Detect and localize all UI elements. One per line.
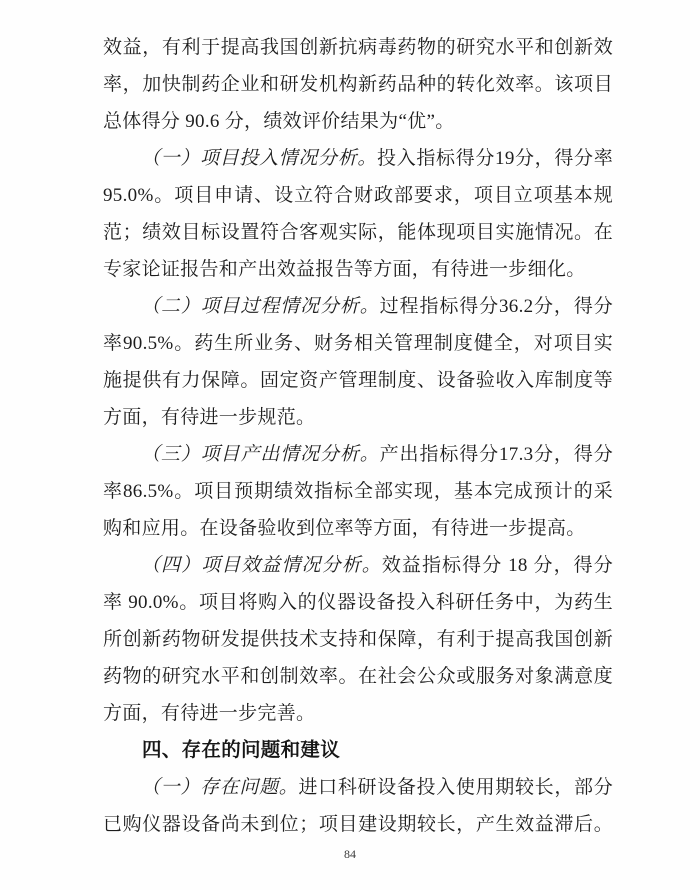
lead-phrase: （四）项目效益情况分析。 [141, 555, 382, 576]
para-process-analysis: （二）项目过程情况分析。过程指标得分36.2分，得分 率90.5%。药生所业务、… [103, 288, 613, 436]
para-output-analysis: （三）项目产出情况分析。产出指标得分17.3分，得分 率86.5%。项目预期绩效… [103, 436, 613, 547]
text-line: 率86.5%。项目预期绩效指标全部实现，基本完成预计的采 [103, 473, 613, 510]
lead-rest: 进口科研设备投入使用期较长，部分 [298, 777, 613, 798]
text-line: 购和应用。在设备验收到位率等方面，有待进一步提高。 [103, 510, 613, 547]
lead-rest: 产出指标得分17.3分，得分 [380, 444, 613, 465]
para-existing-problems: （一）存在问题。进口科研设备投入使用期较长，部分 已购仪器设备尚未到位；项目建设… [103, 769, 613, 843]
text-line: （三）项目产出情况分析。产出指标得分17.3分，得分 [103, 436, 613, 473]
para-overall-result: 效益，有利于提高我国创新抗病毒药物的研究水平和创新效 率，加快制药企业和研发机构… [103, 29, 613, 140]
text-line: （四）项目效益情况分析。效益指标得分 18 分，得分 [103, 547, 613, 584]
text-line: 范；绩效目标设置符合客观实际，能体现项目实施情况。在 [103, 214, 613, 251]
text-line: 效益，有利于提高我国创新抗病毒药物的研究水平和创新效 [103, 29, 613, 66]
text-line: 已购仪器设备尚未到位；项目建设期较长，产生效益滞后。 [103, 806, 613, 843]
page-number: 84 [0, 847, 700, 862]
para-benefit-analysis: （四）项目效益情况分析。效益指标得分 18 分，得分 率 90.0%。项目将购入… [103, 547, 613, 732]
text-line: 所创新药物研发提供技术支持和保障，有利于提高我国创新 [103, 621, 613, 658]
lead-phrase: （二）项目过程情况分析。 [141, 296, 380, 317]
text-line: 药物的研究水平和创制效率。在社会公众或服务对象满意度 [103, 658, 613, 695]
lead-rest: 投入指标得分19分，得分率 [377, 148, 613, 169]
text-line: 方面，有待进一步完善。 [103, 695, 613, 732]
lead-phrase: （一）项目投入情况分析。 [141, 148, 377, 169]
section-heading-problems-suggestions: 四、存在的问题和建议 [103, 732, 613, 769]
text-line: 95.0%。项目申请、设立符合财政部要求，项目立项基本规 [103, 177, 613, 214]
text-line: （二）项目过程情况分析。过程指标得分36.2分，得分 [103, 288, 613, 325]
text-line: 率90.5%。药生所业务、财务相关管理制度健全，对项目实 [103, 325, 613, 362]
lead-rest: 效益指标得分 18 分，得分 [382, 555, 613, 576]
text-line: 率，加快制药企业和研发机构新药品种的转化效率。该项目 [103, 66, 613, 103]
document-page: 效益，有利于提高我国创新抗病毒药物的研究水平和创新效 率，加快制药企业和研发机构… [0, 0, 700, 890]
text-line: 施提供有力保障。固定资产管理制度、设备验收入库制度等 [103, 362, 613, 399]
report-content: 效益，有利于提高我国创新抗病毒药物的研究水平和创新效 率，加快制药企业和研发机构… [103, 29, 613, 843]
lead-phrase: （三）项目产出情况分析。 [141, 444, 380, 465]
text-line: 方面，有待进一步规范。 [103, 399, 613, 436]
text-line: 总体得分 90.6 分，绩效评价结果为“优”。 [103, 103, 613, 140]
text-line: （一）项目投入情况分析。投入指标得分19分，得分率 [103, 140, 613, 177]
text-line: 专家论证报告和产出效益报告等方面，有待进一步细化。 [103, 251, 613, 288]
text-line: 率 90.0%。项目将购入的仪器设备投入科研任务中，为药生 [103, 584, 613, 621]
para-input-analysis: （一）项目投入情况分析。投入指标得分19分，得分率 95.0%。项目申请、设立符… [103, 140, 613, 288]
text-line: （一）存在问题。进口科研设备投入使用期较长，部分 [103, 769, 613, 806]
lead-rest: 过程指标得分36.2分，得分 [380, 296, 613, 317]
lead-phrase: （一）存在问题。 [141, 777, 298, 798]
